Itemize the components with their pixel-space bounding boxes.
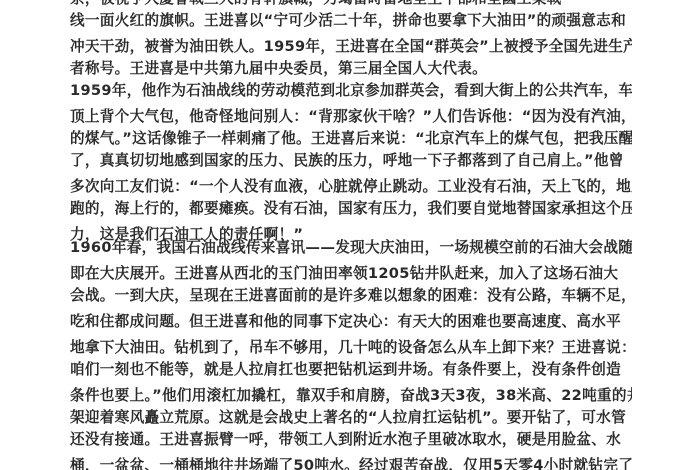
paragraph-1960-daqing: 1960年春，我国石油战线传来喜讯——发现大庆油田，一场规模空前的石油大会战随 …	[70, 237, 632, 470]
text-line: 1959年，他作为石油战线的劳动模范到北京参加群英会，看到大街上的公共汽车，车	[70, 80, 632, 102]
text-line: 顶上背个大气包，他奇怪地问别人：“背那家伙干啥？”人们告诉他：“因为没有汽油，烧	[70, 106, 632, 128]
paragraph-wang-jinxi-honors: 京，被視予大慶會戰三大的骨幹旗幟，力竭當時當地全生干部和全國工業戰 线一面火红的…	[70, 0, 632, 80]
document-page: 京，被視予大慶會戰三大的骨幹旗幟，力竭當時當地全生干部和全國工業戰 线一面火红的…	[0, 0, 700, 470]
text-line: 跑的，海上行的，都要瘫痪。没有石油，国家有压力，我们要自觉地替国家承担这个压	[70, 198, 632, 220]
text-line: 者称号。王进喜是中共第九届中央委员，第三届全国人大代表。	[70, 58, 632, 80]
text-line: 地拿下大油田。钻机到了，吊车不够用，几十吨的设备怎么从车上卸下来？王进喜说：“	[70, 337, 632, 359]
text-line: 多次向工友们说：“一个人没有血液，心脏就停止跳动。工业没有石油，天上飞的，地上	[70, 176, 632, 198]
text-line: 1960年春，我国石油战线传来喜讯——发现大庆油田，一场规模空前的石油大会战随	[70, 237, 632, 259]
text-line: 会战。一到大庆，呈现在王进喜面前的是许多难以想象的困难：没有公路，车辆不足，	[70, 285, 632, 307]
paragraph-1959-beijing: 1959年，他作为石油战线的劳动模范到北京参加群英会，看到大街上的公共汽车，车 …	[70, 80, 632, 246]
text-line: 架迎着寒风矗立荒原。这就是会战史上著名的“人拉肩扛运钻机”。要开钻了，可水管	[70, 407, 632, 429]
text-line: 条件也要上。”他们用滚杠加撬杠，靠双手和肩膀，奋战3天3夜，38米高、22吨重的…	[70, 385, 632, 407]
text-line: 即在大庆展开。王进喜从西北的玉门油田率领1205钻井队赶来，加入了这场石油大	[70, 263, 632, 285]
text-line: 咱们一刻也不能等，就是人拉肩扛也要把钻机运到井场。有条件要上，没有条件创造	[70, 359, 632, 381]
text-line: 线一面火红的旗帜。王进喜以“宁可少活二十年，拼命也要拿下大油田”的顽强意志和	[70, 10, 632, 32]
text-line: 桶，一盆盆、一桶桶地往井场端了50吨水。经过艰苦奋战，仅用5天零4小时就钻完了	[70, 455, 632, 470]
text-line: 吃和住都成问题。但王进喜和他的同事下定决心：有天大的困难也要高速度、高水平	[70, 311, 632, 333]
text-line: 的煤气。”这话像锥子一样刺痛了他。王进喜后来说：“北京汽车上的煤气包，把我压醒	[70, 128, 632, 150]
text-line: 了，真真切切地感到国家的压力、民族的压力，呼地一下子都落到了自己肩上。”他曾	[70, 150, 632, 172]
text-line: 冲天干劲，被誉为油田铁人。1959年，王进喜在全国“群英会”上被授予全国先进生产	[70, 36, 632, 58]
text-line: 还没有接通。王进喜振臂一呼，带领工人到附近水泡子里破冰取水，硬是用脸盆、水	[70, 429, 632, 451]
text-line: 京，被視予大慶會戰三大的骨幹旗幟，力竭當時當地全生干部和全國工業戰	[70, 0, 632, 10]
